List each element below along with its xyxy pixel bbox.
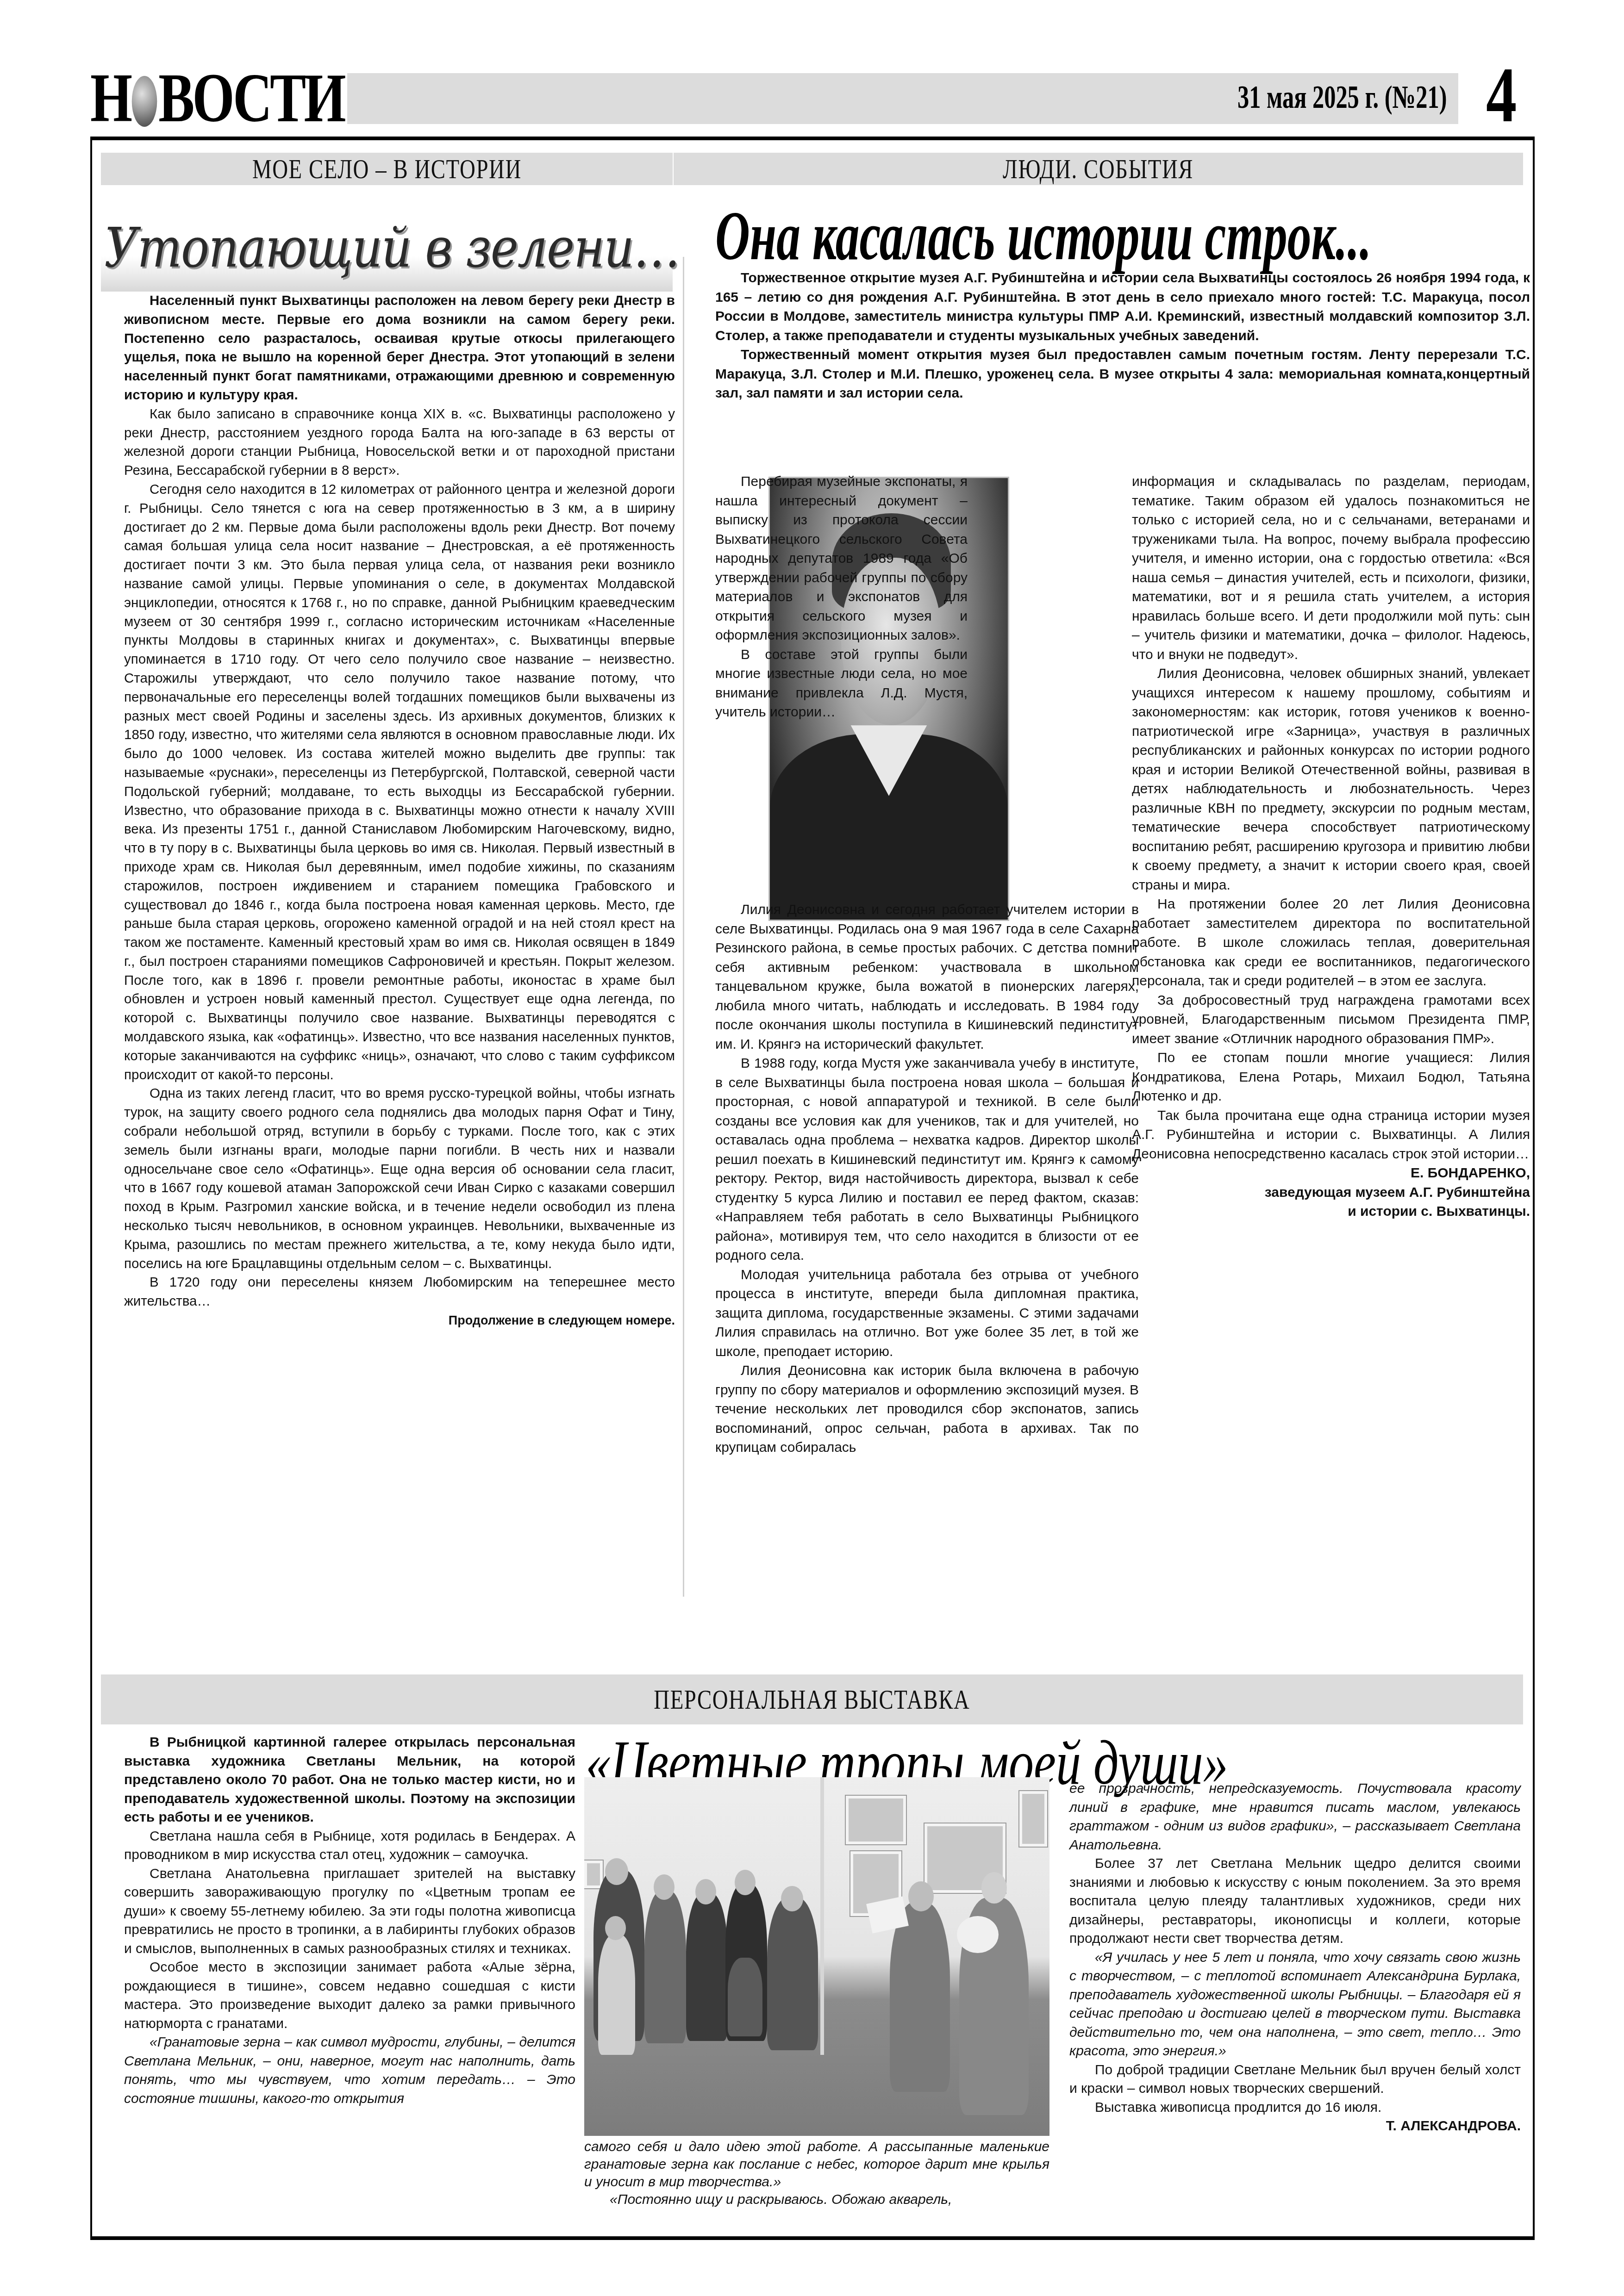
speaker-head xyxy=(908,1881,934,1911)
visitor xyxy=(644,1891,686,2043)
museum-paragraph: Молодая учительница работала без отрыва … xyxy=(715,1265,1139,1362)
exhibition-quote: ее прозрачность, непредсказуемость. Почу… xyxy=(1069,1780,1521,1854)
painting xyxy=(1019,1791,1047,1847)
museum-paragraph: В составе этой группы были многие извест… xyxy=(715,645,968,722)
exhibition-paragraph: По доброй традиции Светлане Мельник был … xyxy=(1069,2061,1521,2098)
museum-paragraph: Перебирая музейные экспонаты, я нашла ин… xyxy=(715,472,968,645)
museum-paragraph: Лилия Деонисовна как историк была включе… xyxy=(715,1361,1139,1457)
article-museum-col1-bottom: Лилия Деонисовна и сегодня работает учит… xyxy=(715,900,1139,1457)
section-bar-people: ЛЮДИ. СОБЫТИЯ xyxy=(674,153,1523,185)
visitor-head xyxy=(654,1874,675,1900)
headline-village: Утопающий в зелени… xyxy=(104,218,680,278)
article-village-lead: Населенный пункт Выхватинцы расположен н… xyxy=(124,292,675,405)
article-museum-lead-p1: Торжественное открытие музея А.Г. Рубинш… xyxy=(715,268,1530,345)
article-museum-col1-top: Перебирая музейные экспонаты, я нашла ин… xyxy=(715,472,968,722)
exhibition-paragraph: Более 37 лет Светлана Мельник щедро дели… xyxy=(1069,1854,1521,1948)
newspaper-logo: НВОСТИ xyxy=(90,69,344,127)
visitor xyxy=(686,1893,728,2041)
museum-paragraph: За добросовестный труд награждена грамот… xyxy=(1132,991,1530,1049)
painting xyxy=(584,1860,603,1888)
section-bar-village: МОЕ СЕЛО – В ИСТОРИИ xyxy=(101,153,673,185)
museum-paragraph: информация и складывалась по разделам, п… xyxy=(1132,472,1530,664)
section-title-exhibition: ПЕРСОНАЛЬНАЯ ВЫСТАВКА xyxy=(654,1674,970,1724)
visitor-head xyxy=(735,1870,756,1895)
article-village-paragraph: Одна из таких легенд гласит, что во врем… xyxy=(124,1084,675,1273)
artist-head xyxy=(981,1872,1007,1904)
child-visitor xyxy=(728,1958,762,2036)
exhibition-caption: самого себя и дало идею этой работе. А р… xyxy=(584,2138,1049,2209)
exhibition-photo xyxy=(584,1777,1049,2136)
exhibition-author: Т. АЛЕКСАНДРОВА. xyxy=(1069,2117,1521,2136)
masthead: 31 мая 2025 г. (№21) НВОСТИ 4 xyxy=(90,69,1535,127)
speaker xyxy=(890,1902,950,2092)
exhibition-paragraph: Светлана нашла себя в Рыбнице, хотя роди… xyxy=(124,1827,575,1865)
column-divider xyxy=(683,257,684,1597)
issue-date: 31 мая 2025 г. (№21) xyxy=(1237,81,1447,114)
museum-author: Е. БОНДАРЕНКО, xyxy=(1132,1164,1530,1183)
globe-icon xyxy=(131,76,157,127)
article-village-paragraph: Как было записано в справочнике конца XI… xyxy=(124,405,675,480)
article-village-paragraph: В 1720 году они переселены князем Любоми… xyxy=(124,1273,675,1311)
article-museum-col2: информация и складывалась по разделам, п… xyxy=(1132,472,1530,1221)
exhibition-paragraph: Выставка живописца продлится до 16 июля. xyxy=(1069,2098,1521,2117)
exhibition-paragraph: Светлана Анатольевна приглашает зрителей… xyxy=(124,1865,575,1959)
visitor-head xyxy=(695,1879,716,1904)
exhibition-lead: В Рыбницкой картинной галерее открылась … xyxy=(124,1733,575,1827)
logo-letters-rest: ВОСТИ xyxy=(158,69,344,127)
article-village-paragraph: Сегодня село находится в 12 километрах о… xyxy=(124,480,675,1085)
date-bar: 31 мая 2025 г. (№21) xyxy=(347,73,1458,124)
museum-paragraph: Так была прочитана еще одна страница ист… xyxy=(1132,1106,1530,1164)
article-museum-lead-p2: Торжественный момент открытия музея был … xyxy=(715,345,1530,403)
page-number: 4 xyxy=(1486,56,1517,134)
museum-author-title-1: заведующая музеем А.Г. Рубинштейна xyxy=(1132,1183,1530,1202)
museum-paragraph: Лилия Деонисовна и сегодня работает учит… xyxy=(715,900,1139,1054)
museum-paragraph: Лилия Деонисовна, человек обширных знани… xyxy=(1132,664,1530,895)
article-exhibition-col3: ее прозрачность, непредсказуемость. Почу… xyxy=(1069,1780,1521,2136)
logo-letter-n: Н xyxy=(90,69,130,127)
continued-notice: Продолжение в следующем номере. xyxy=(124,1311,675,1330)
museum-paragraph: По ее стопам пошли многие учащиеся: Лили… xyxy=(1132,1048,1530,1106)
section-title-people: ЛЮДИ. СОБЫТИЯ xyxy=(1003,153,1193,185)
display-stand xyxy=(820,1777,824,2055)
article-museum-lead: Торжественное открытие музея А.Г. Рубинш… xyxy=(715,268,1530,403)
exhibition-paragraph: Особое место в экспозиции занимает работ… xyxy=(124,1958,575,2033)
painting xyxy=(846,1796,906,1844)
article-exhibition-col1: В Рыбницкой картинной галерее открылась … xyxy=(124,1733,575,2108)
section-bar-exhibition: ПЕРСОНАЛЬНАЯ ВЫСТАВКА xyxy=(101,1674,1523,1724)
exhibition-quote: «Гранатовые зерна – как символ мудрости,… xyxy=(124,2033,575,2108)
exhibition-quote-continuation: «Постоянно ищу и раскрываюсь. Обожаю акв… xyxy=(584,2191,1049,2209)
exhibition-photo-caption: самого себя и дало идею этой работе. А р… xyxy=(584,2138,1049,2191)
museum-paragraph: В 1988 году, когда Мустя уже заканчивала… xyxy=(715,1054,1139,1265)
visitor-head xyxy=(605,1858,628,1885)
article-village-body: Населенный пункт Выхватинцы расположен н… xyxy=(124,292,675,1330)
child-head xyxy=(605,1916,626,1940)
child-visitor xyxy=(598,1935,635,2055)
visitor-head xyxy=(781,1886,803,1911)
exhibition-quote: «Я училась у нее 5 лет и поняла, что хоч… xyxy=(1069,1948,1521,2061)
museum-author-title-2: и истории с. Выхватинцы. xyxy=(1132,1202,1530,1221)
headline-museum: Она касалась истории строк... xyxy=(715,199,1372,273)
flower-bouquet xyxy=(957,1916,999,1953)
section-title-village: МОЕ СЕЛО – В ИСТОРИИ xyxy=(252,153,522,185)
visitor xyxy=(767,1898,818,2050)
museum-paragraph: На протяжении более 20 лет Лилия Деонисо… xyxy=(1132,895,1530,991)
